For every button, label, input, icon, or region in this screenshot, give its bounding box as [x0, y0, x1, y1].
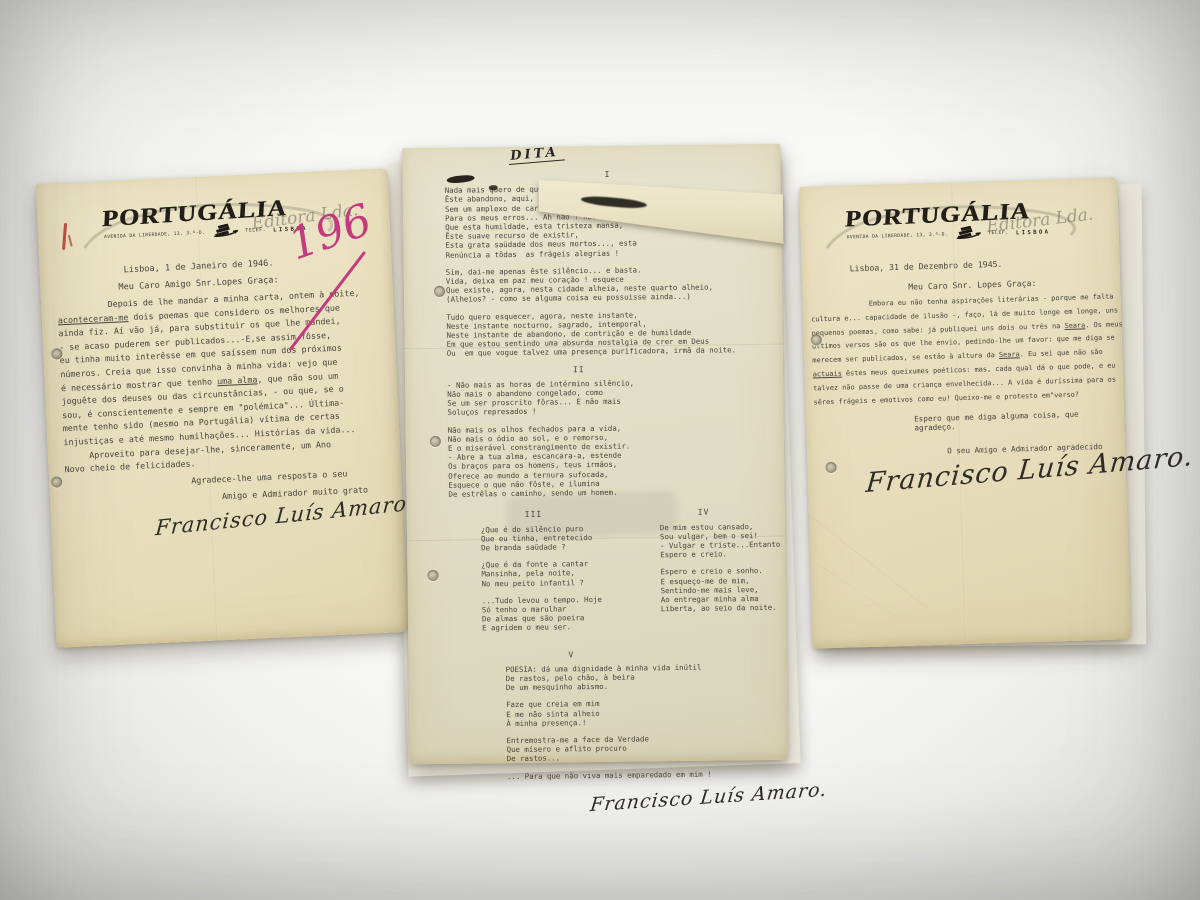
stanza: Espero e creio e sonho.E esqueço-me de m…: [660, 566, 781, 613]
books-icon: [212, 223, 239, 238]
folded-corner: [538, 156, 783, 247]
portugalia-letterhead: PORTUGÁLIA AVENIDA DA LIBERDADE, 13, 3.º…: [846, 201, 1057, 251]
letter-right-page: PORTUGÁLIA AVENIDA DA LIBERDADE, 13, 3.º…: [799, 177, 1131, 648]
section-v: POESIA: dá uma dignidade à minha vida in…: [506, 662, 776, 781]
books-icon: [955, 225, 981, 240]
stanza: POESIA: dá uma dignidade à minha vida in…: [506, 662, 775, 693]
punch-hole: [51, 476, 62, 487]
stanza: ...Tudo levou o tempo. HojeSó tenho o ma…: [482, 594, 652, 633]
stanza: ¿Que é do silêncio puroQue eu tinha, ent…: [481, 523, 651, 553]
section-heading: II: [573, 363, 771, 375]
punch-hole: [430, 436, 441, 447]
punch-hole: [427, 570, 438, 581]
address-label: AVENIDA DA LIBERDADE, 13, 3.º-D.: [104, 231, 205, 241]
stanza: Faze que creia em mimE me não sinta alhe…: [506, 697, 775, 728]
stanza: Não mais os olhos fechados para a vida,N…: [448, 422, 773, 500]
stanza: - Não mais as horas de intérmino silênci…: [447, 377, 771, 418]
address-label: AVENIDA DA LIBERDADE, 13, 3.º-D.: [847, 232, 948, 240]
poem-column-iii: III ¿Que é do silêncio puroQue eu tinha,…: [481, 505, 653, 641]
section-heading: IV: [698, 507, 780, 517]
poem-column-iv: IV De mim estou cansado,Sou vulgar, bem …: [651, 503, 782, 639]
signature-handwriting: Francisco Luís Amaro.: [865, 447, 1127, 500]
stanza: De mim estou cansado,Sou vulgar, bem o s…: [660, 521, 781, 559]
section-heading: III: [525, 509, 651, 520]
ink-smudge: [489, 185, 498, 190]
photo-of-documents: { "letterhead": { "brand": "PORTUGÁLIA",…: [0, 0, 1200, 900]
two-column-section: III ¿Que é do silêncio puroQue eu tinha,…: [449, 503, 775, 641]
stanza: Tudo quero esquecer, agora, neste instan…: [446, 308, 771, 358]
letter-left-page: PORTUGÁLIA AVENIDA DA LIBERDADE, 13, 3.º…: [36, 168, 409, 647]
date-line: Lisboa, 31 de Dezembro de 1945.: [850, 255, 1120, 273]
stanza: ... Para que não viva mais emparedado em…: [507, 768, 776, 780]
lisboa-label: LISBOA: [1016, 229, 1051, 236]
punch-hole: [434, 286, 445, 297]
letter-body: Depois de lhe mandar a minha carta, onte…: [57, 286, 389, 477]
signature-handwriting: Francisco Luís Amaro.: [154, 492, 403, 540]
stanza: Entremostra-me a face da VerdadeQue míse…: [506, 733, 775, 764]
red-pencil-mark: [62, 223, 67, 250]
signature-handwriting: Francisco Luís Amaro.: [589, 782, 777, 816]
closing-line: Espero que me diga alguma coisa, que agr…: [914, 409, 1124, 433]
crease-line: [808, 515, 927, 610]
salutation-line: Meu Caro Snr. Lopes Graça:: [908, 275, 1120, 291]
section-heading: V: [568, 647, 774, 659]
letter-body: Embora eu não tenha aspirações literária…: [811, 291, 1118, 410]
telef-label: TELEF.: [988, 231, 1009, 237]
punch-hole: [825, 462, 836, 473]
poem-text: I Nada mais quero de que estÊste abandon…: [445, 168, 776, 782]
telef-label: TELEF.: [245, 228, 266, 234]
crease-line: [810, 559, 902, 623]
stanza: ¿Que é da fonte a cantarMansinha, pela n…: [481, 558, 651, 588]
poem-sheet-page: DITA I Nada mais quero de que estÊste ab…: [402, 144, 787, 765]
stanza: Sim, dai-me apenas êste silêncio... e ba…: [446, 264, 770, 305]
